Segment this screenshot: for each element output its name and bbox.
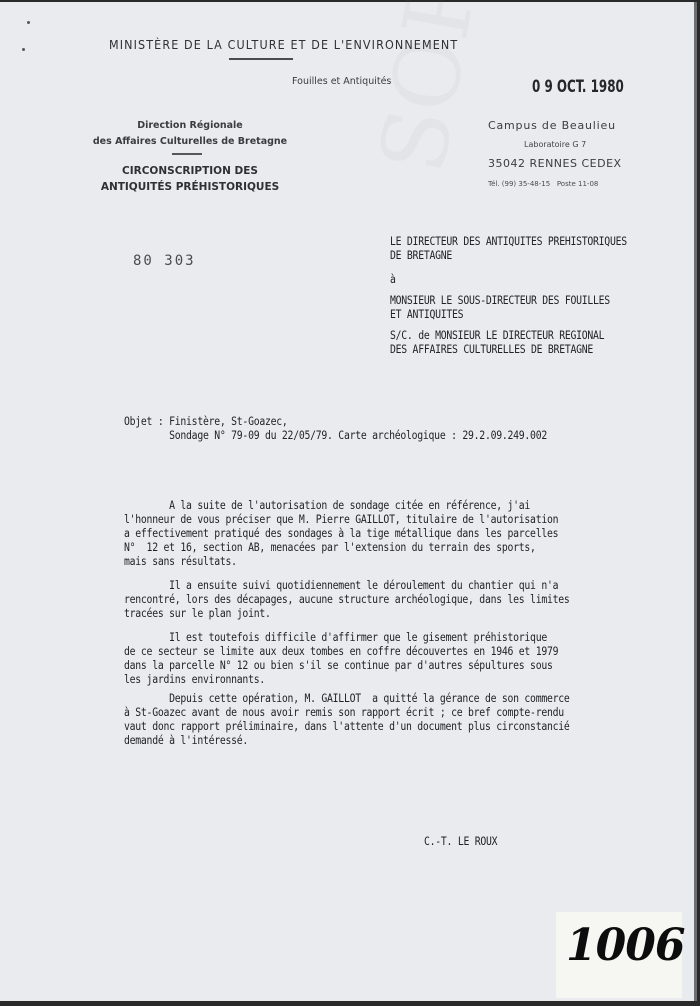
paragraph-1-line4: N° 12 et 16, section AB, menacées par l'… xyxy=(124,540,536,554)
paragraph-4-line2: à St-Goazec avant de nous avoir remis so… xyxy=(124,705,564,719)
paragraph-3-line1: Il est toutefois difficile d'affirmer qu… xyxy=(124,630,547,644)
archive-page-label: 1006 xyxy=(556,912,682,998)
to-word: à xyxy=(390,272,396,286)
paragraph-3-line2: de ce secteur se limite aux deux tombes … xyxy=(124,644,558,658)
scan-speck xyxy=(27,21,30,24)
reference-number: 80 303 xyxy=(133,253,196,269)
paragraph-4-line3: vaut donc rapport préliminaire, dans l'a… xyxy=(124,719,570,733)
signature-name: C.-T. LE ROUX xyxy=(424,834,497,848)
via-line1: S/C. de MONSIEUR LE DIRECTEUR REGIONAL xyxy=(390,328,604,342)
address-campus: Campus de Beaulieu xyxy=(488,119,616,132)
recipient-line1: MONSIEUR LE SOUS-DIRECTEUR DES FOUILLES xyxy=(390,293,610,307)
via-line2: DES AFFAIRES CULTURELLES DE BRETAGNE xyxy=(390,342,593,356)
scan-speck xyxy=(22,48,25,51)
address-laboratory: Laboratoire G 7 xyxy=(524,140,586,149)
ministry-heading: MINISTÈRE DE LA CULTURE ET DE L'ENVIRONN… xyxy=(109,38,458,52)
paragraph-3-line3: dans la parcelle N° 12 ou bien s'il se c… xyxy=(124,658,553,672)
paragraph-3-line4: les jardins environnants. xyxy=(124,672,265,686)
archive-page-number: 1006 xyxy=(566,920,684,971)
paragraph-2-line2: rencontré, lors des décapages, aucune st… xyxy=(124,592,570,606)
circonscription-line1: CIRCONSCRIPTION DES xyxy=(60,165,320,177)
paragraph-1-line2: l'honneur de vous préciser que M. Pierre… xyxy=(124,512,558,526)
paragraph-2-line1: Il a ensuite suivi quotidiennement le dé… xyxy=(124,578,558,592)
paragraph-4-line4: demandé à l'intéressé. xyxy=(124,733,248,747)
regional-direction-line2: des Affaires Culturelles de Bretagne xyxy=(60,136,320,147)
paragraph-1-line5: mais sans résultats. xyxy=(124,554,237,568)
address-phone: Tél. (99) 35-48-15 Poste 11-08 xyxy=(488,180,598,188)
date-stamp: 0 9 OCT. 1980 xyxy=(532,77,624,97)
paragraph-1-line3: a effectivement pratiqué des sondages à … xyxy=(124,526,558,540)
address-city: 35042 RENNES CEDEX xyxy=(488,157,622,170)
left-block-divider xyxy=(172,153,202,155)
subject-line1: Objet : Finistère, St-Goazec, xyxy=(124,414,288,428)
paragraph-4-line1: Depuis cette opération, M. GAILLOT a qui… xyxy=(124,691,570,705)
circonscription-line2: ANTIQUITÉS PRÉHISTORIQUES xyxy=(60,181,320,193)
recipient-line2: ET ANTIQUITES xyxy=(390,307,463,321)
regional-direction-line1: Direction Régionale xyxy=(60,120,320,131)
sender-line1: LE DIRECTEUR DES ANTIQUITES PREHISTORIQU… xyxy=(390,234,627,248)
paragraph-2-line3: tracées sur le plan joint. xyxy=(124,606,271,620)
letter-page: SOPRA STERIA MINISTÈRE DE LA CULTURE ET … xyxy=(0,2,697,1001)
subject-line2: Sondage N° 79-09 du 22/05/79. Carte arch… xyxy=(124,428,547,442)
service-name: Fouilles et Antiquités xyxy=(292,76,391,87)
sender-line2: DE BRETAGNE xyxy=(390,248,452,262)
paragraph-1-line1: A la suite de l'autorisation de sondage … xyxy=(124,498,530,512)
ministry-underline xyxy=(229,58,293,60)
